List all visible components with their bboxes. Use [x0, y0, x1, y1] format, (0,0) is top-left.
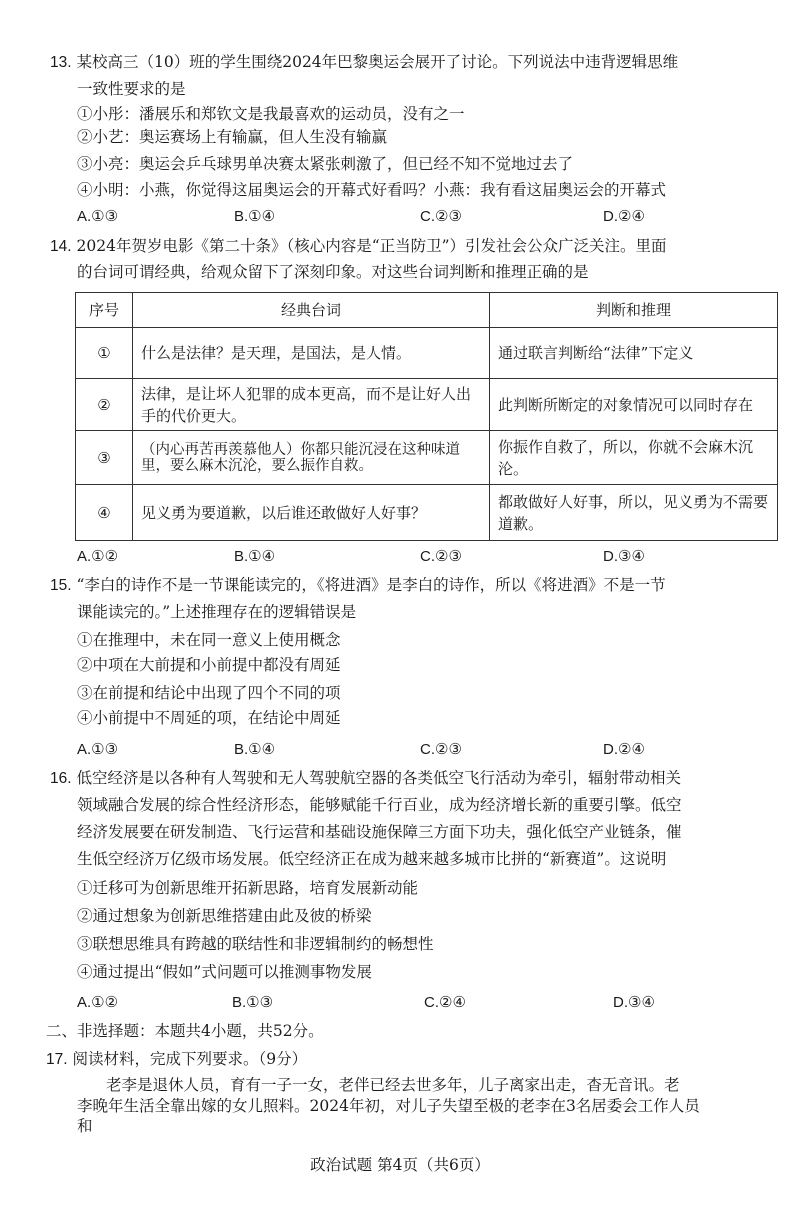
q16-stem-line1: 16. 低空经济是以各种有人驾驶和无人驾驶航空器的各类低空飞行活动为牵引，辐射带…: [50, 768, 681, 789]
q14-choice-c[interactable]: C.②③: [420, 547, 462, 567]
q15-choice-d[interactable]: D.②④: [603, 740, 645, 760]
q13-choice-c[interactable]: C.②③: [420, 207, 462, 227]
q14-choice-b[interactable]: B.①④: [234, 547, 275, 567]
q17-stem: 17. 阅读材料，完成下列要求。（9分）: [46, 1049, 307, 1070]
section2-heading: 二、非选择题：本题共4小题，共52分。: [46, 1021, 324, 1041]
q15-item-2: ②中项在大前提和小前提中都没有周延: [77, 655, 341, 675]
q16-stem-line4: 生低空经济万亿级市场发展。低空经济正在成为越来越多城市比拼的“新赛道”。这说明: [77, 849, 666, 869]
q17-material-line3: 和: [77, 1116, 93, 1136]
q13-stem-text: 某校高三（10）班的学生围绕2024年巴黎奥运会展开了讨论。下列说法中违背逻辑思…: [77, 53, 679, 71]
row-judgment: 都敢做好人好事，所以，见义勇为不需要道歉。: [490, 485, 778, 541]
q17-stem-text: 阅读材料，完成下列要求。（9分）: [73, 1050, 308, 1068]
q15-choice-c[interactable]: C.②③: [420, 740, 462, 760]
q14-stem-line1: 14. 2024年贺岁电影《第二十条》（核心内容是“正当防卫”）引发社会公众广泛…: [50, 236, 667, 257]
header-no: 序号: [76, 293, 133, 328]
row-judgment: 通过联言判断给“法律”下定义: [490, 328, 778, 379]
table-row: ① 什么是法律？是天理，是国法，是人情。 通过联言判断给“法律”下定义: [76, 328, 778, 379]
header-quote: 经典台词: [133, 293, 490, 328]
q13-choice-d[interactable]: D.②④: [603, 207, 645, 227]
q15-choice-a[interactable]: A.①③: [77, 740, 118, 760]
q15-item-1: ①在推理中，未在同一意义上使用概念: [77, 630, 341, 650]
header-judgment: 判断和推理: [490, 293, 778, 328]
q17-number: 17.: [46, 1051, 68, 1068]
q13-item-2: ②小艺：奥运赛场上有输赢，但人生没有输赢: [77, 127, 387, 147]
q13-item-3: ③小亮：奥运会乒乓球男单决赛太紧张刺激了，但已经不知不觉地过去了: [77, 154, 573, 174]
q16-item-3: ③联想思维具有跨越的联结性和非逻辑制约的畅想性: [77, 934, 434, 954]
q16-choice-b[interactable]: B.①③: [232, 993, 273, 1013]
table-header-row: 序号 经典台词 判断和推理: [76, 293, 778, 328]
q15-stem-line1: 15. “李白的诗作不是一节课能读完的，《将进酒》是李白的诗作，所以《将进酒》不…: [50, 575, 666, 596]
q13-stem-line2: 一致性要求的是: [77, 79, 186, 99]
q15-stem-text: “李白的诗作不是一节课能读完的，《将进酒》是李白的诗作，所以《将进酒》不是一节: [77, 576, 666, 594]
q14-stem-line2: 的台词可谓经典，给观众留下了深刻印象。对这些台词判断和推理正确的是: [77, 262, 589, 282]
q13-choice-a[interactable]: A.①③: [77, 207, 118, 227]
row-quote: 什么是法律？是天理，是国法，是人情。: [133, 328, 490, 379]
row-quote: 法律，是让坏人犯罪的成本更高，而不是让好人出手的代价更大。: [133, 379, 490, 431]
q16-stem-line3: 经济发展要在研发制造、飞行运营和基础设施保障三方面下功夫，强化低空产业链条，催: [77, 822, 682, 842]
table-row: ④ 见义勇为要道歉，以后谁还敢做好人好事？ 都敢做好人好事，所以，见义勇为不需要…: [76, 485, 778, 541]
q14-choice-d[interactable]: D.③④: [603, 547, 645, 567]
q13-choice-b[interactable]: B.①④: [234, 207, 275, 227]
q14-number: 14.: [50, 238, 72, 255]
q13-number: 13.: [50, 54, 72, 71]
q16-stem-text: 低空经济是以各种有人驾驶和无人驾驶航空器的各类低空飞行活动为牵引，辐射带动相关: [77, 769, 682, 787]
q16-choice-c[interactable]: C.②④: [424, 993, 466, 1013]
row-no: ④: [76, 485, 133, 541]
row-quote: （内心再苦再羡慕他人）你都只能沉浸在这种味道里，要么麻木沉沦，要么振作自救。: [133, 431, 490, 485]
q17-material-line1: 老李是退休人员，育有一子一女，老伴已经去世多年，儿子离家出走，杳无音讯。老: [106, 1075, 680, 1095]
table-row: ② 法律，是让坏人犯罪的成本更高，而不是让好人出手的代价更大。 此判断所断定的对…: [76, 379, 778, 431]
table-row: ③ （内心再苦再羡慕他人）你都只能沉浸在这种味道里，要么麻木沉沦，要么振作自救。…: [76, 431, 778, 485]
row-no: ①: [76, 328, 133, 379]
row-judgment: 你振作自救了，所以，你就不会麻木沉沦。: [490, 431, 778, 485]
row-quote: 见义勇为要道歉，以后谁还敢做好人好事？: [133, 485, 490, 541]
row-judgment: 此判断所断定的对象情况可以同时存在: [490, 379, 778, 431]
q16-choice-a[interactable]: A.①②: [77, 993, 118, 1013]
q14-stem-text: 2024年贺岁电影《第二十条》（核心内容是“正当防卫”）引发社会公众广泛关注。里…: [77, 237, 667, 255]
q15-stem-line2: 课能读完的。”上述推理存在的逻辑错误是: [77, 602, 356, 622]
q13-stem-line1: 13. 某校高三（10）班的学生围绕2024年巴黎奥运会展开了讨论。下列说法中违…: [50, 52, 678, 73]
q17-material-line2: 李晚年生活全靠出嫁的女儿照料。2024年初，对儿子失望至极的老李在3名居委会工作…: [77, 1096, 700, 1116]
q16-item-4: ④通过提出“假如”式问题可以推测事物发展: [77, 962, 372, 982]
q16-number: 16.: [50, 770, 72, 787]
q13-item-1: ①小彤：潘展乐和郑钦文是我最喜欢的运动员，没有之一: [77, 104, 465, 124]
q15-choice-b[interactable]: B.①④: [234, 740, 275, 760]
page-footer: 政治试题 第4页（共6页）: [0, 1155, 800, 1175]
q15-number: 15.: [50, 577, 72, 594]
q16-item-2: ②通过想象为创新思维搭建由此及彼的桥梁: [77, 906, 372, 926]
q15-item-3: ③在前提和结论中出现了四个不同的项: [77, 683, 341, 703]
q13-item-4: ④小明：小燕，你觉得这届奥运会的开幕式好看吗？小燕：我有看这届奥运会的开幕式: [77, 180, 666, 200]
row-no: ②: [76, 379, 133, 431]
q16-choice-d[interactable]: D.③④: [613, 993, 655, 1013]
q14-choice-a[interactable]: A.①②: [77, 547, 118, 567]
quotes-table: 序号 经典台词 判断和推理 ① 什么是法律？是天理，是国法，是人情。 通过联言判…: [75, 292, 778, 541]
q16-stem-line2: 领域融合发展的综合性经济形态，能够赋能千行百业，成为经济增长新的重要引擎。低空: [77, 795, 682, 815]
q16-item-1: ①迁移可为创新思维开拓新思路，培育发展新动能: [77, 878, 418, 898]
q15-item-4: ④小前提中不周延的项，在结论中周延: [77, 708, 341, 728]
row-no: ③: [76, 431, 133, 485]
